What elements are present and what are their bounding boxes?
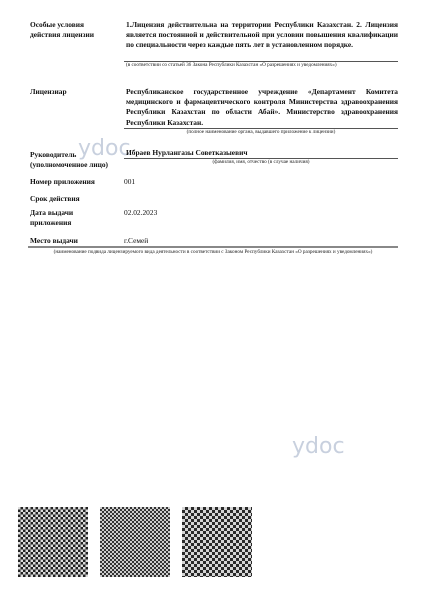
qr-code-icon xyxy=(18,507,88,577)
special-conditions-label: Особые условия действия лицензии xyxy=(30,20,110,40)
appendix-number-label: Номер приложения xyxy=(30,177,95,187)
special-conditions-text: 1.Лицензия действительна на территории Р… xyxy=(126,20,398,51)
divider xyxy=(28,246,398,248)
validity-label: Срок действия xyxy=(30,194,80,204)
qr-code-icon xyxy=(100,507,170,577)
head-caption: (фамилия, имя, отчество (в случае наличи… xyxy=(124,159,398,166)
licensor-text: Республиканское государственное учрежден… xyxy=(126,87,398,128)
issue-date-value: 02.02.2023 xyxy=(124,208,157,218)
ydoc-watermark: ydoc xyxy=(292,434,345,459)
issue-place-label: Место выдачи xyxy=(30,236,78,246)
issue-date-label: Дата выдачи приложения xyxy=(30,208,90,228)
special-conditions-caption: (в соответствии со статьей 36 Закона Рес… xyxy=(126,62,400,69)
licensor-label: Лицензиар xyxy=(30,87,110,97)
head-label: Руководитель (уполномоченное лицо) xyxy=(30,150,130,170)
issue-place-caption: (наименование подвида лицензируемого вид… xyxy=(28,249,398,256)
issue-place-value: г.Семей xyxy=(124,236,148,246)
qr-code-icon xyxy=(182,507,252,577)
head-value: Ибраев Нурлангазы Советказыевич xyxy=(126,148,248,158)
licensor-caption: (полное наименование органа, выдавшего п… xyxy=(124,129,398,136)
appendix-number-value: 001 xyxy=(124,177,135,187)
